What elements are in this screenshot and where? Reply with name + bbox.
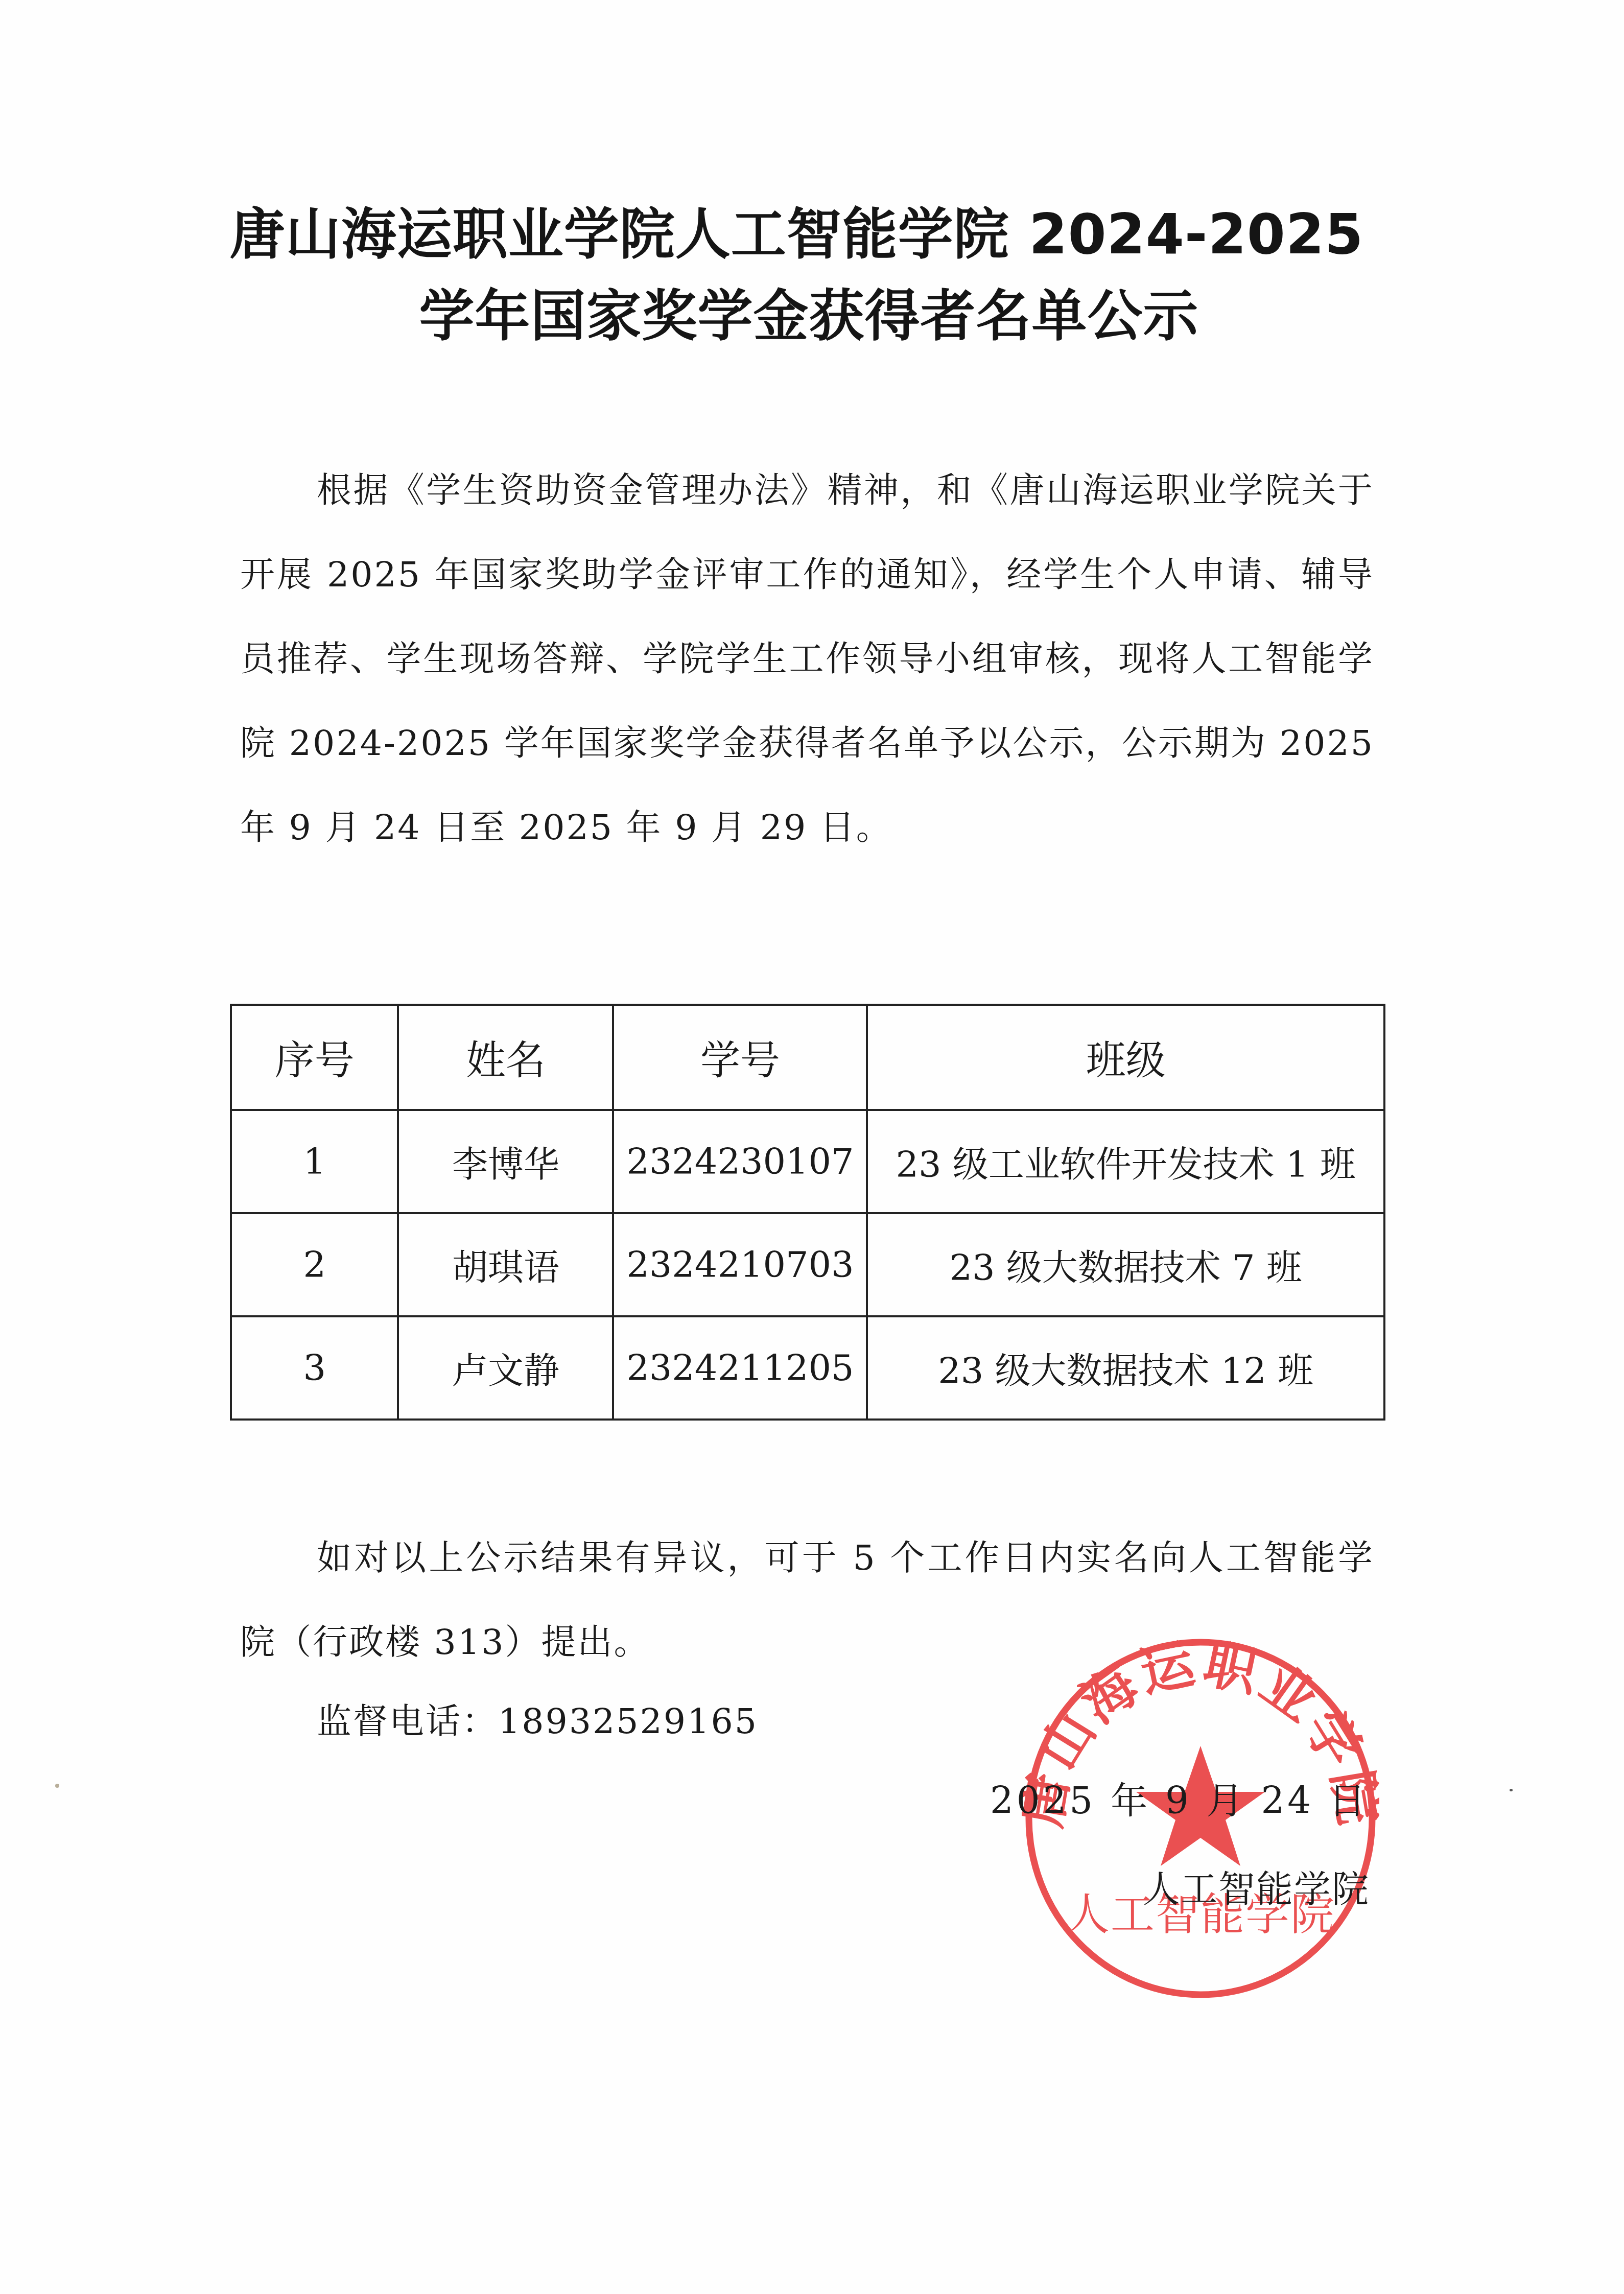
scan-speck [1510, 1789, 1513, 1791]
cell-student-id: 2324211205 [613, 1316, 867, 1420]
cell-name: 胡琪语 [398, 1213, 613, 1316]
header-no: 序号 [231, 1005, 398, 1110]
phone-number: 18932529165 [498, 1701, 758, 1742]
document-page: 唐山海运职业学院人工智能学院 2024-2025 学年国家奖学金获得者名单公示 … [0, 0, 1624, 2294]
signature-org: 人工智能学院 [1143, 1853, 1370, 1925]
scholarship-table: 序号 姓名 学号 班级 1 李博华 2324230107 23 级工业软件开发技… [230, 1004, 1385, 1421]
header-name: 姓名 [398, 1005, 613, 1110]
signature-date: 2025 年 9 月 24 日 [990, 1765, 1369, 1836]
cell-no: 1 [231, 1110, 398, 1213]
cell-class: 23 级工业软件开发技术 1 班 [867, 1110, 1384, 1213]
cell-student-id: 2324230107 [613, 1110, 867, 1213]
cell-class: 23 级大数据技术 7 班 [867, 1213, 1384, 1316]
cell-name: 李博华 [398, 1110, 613, 1213]
cell-no: 3 [231, 1316, 398, 1420]
table-row: 1 李博华 2324230107 23 级工业软件开发技术 1 班 [231, 1110, 1384, 1213]
table-row: 3 卢文静 2324211205 23 级大数据技术 12 班 [231, 1316, 1384, 1420]
header-student-id: 学号 [613, 1005, 867, 1110]
cell-no: 2 [231, 1213, 398, 1316]
scan-speck [55, 1784, 59, 1788]
table-header-row: 序号 姓名 学号 班级 [231, 1005, 1384, 1110]
header-class: 班级 [867, 1005, 1384, 1110]
table-row: 2 胡琪语 2324210703 23 级大数据技术 7 班 [231, 1213, 1384, 1316]
cell-name: 卢文静 [398, 1316, 613, 1420]
title-line-2: 学年国家奖学金获得者名单公示 [0, 276, 1621, 358]
announcement-paragraph: 根据《学生资助资金管理办法》精神，和《唐山海运职业学院关于开展 2025 年国家… [240, 448, 1374, 870]
cell-student-id: 2324210703 [613, 1213, 867, 1316]
phone-label: 监督电话： [317, 1701, 498, 1742]
cell-class: 23 级大数据技术 12 班 [867, 1316, 1384, 1420]
supervision-phone: 监督电话：18932529165 [317, 1680, 758, 1764]
title-line-1: 唐山海运职业学院人工智能学院 2024-2025 [0, 194, 1609, 276]
